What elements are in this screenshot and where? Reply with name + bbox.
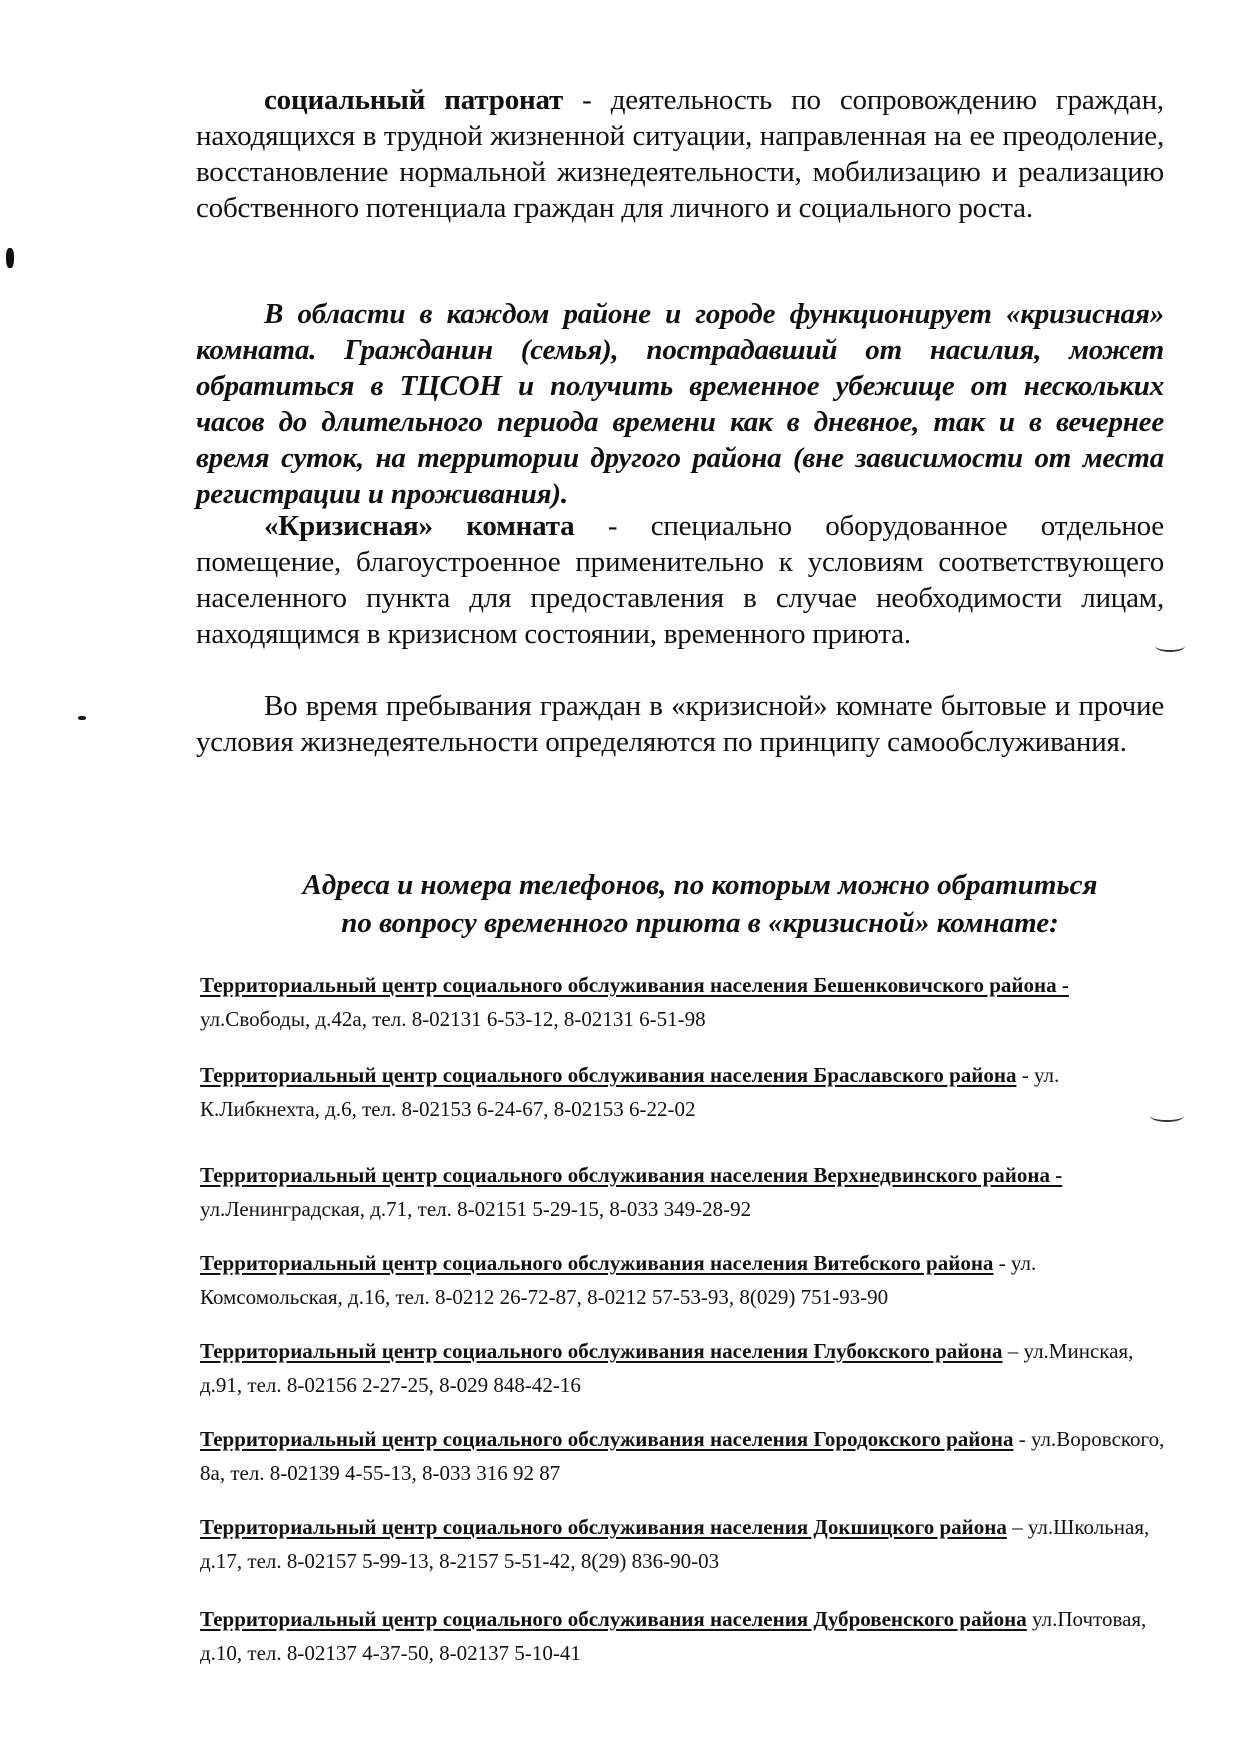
document-page: социальный патронат - деятельность по со…	[0, 0, 1240, 1754]
address-entry: Территориальный центр социального обслуж…	[200, 1246, 1175, 1314]
address-org-name: Территориальный центр социального обслуж…	[200, 1427, 1013, 1451]
stay-conditions-text: Во время пребывания граждан в «кризисной…	[196, 688, 1164, 760]
address-details: ул.Ленинградская, д.71, тел. 8-02151 5-2…	[200, 1197, 751, 1221]
address-entry: Территориальный центр социального обслуж…	[200, 1058, 1175, 1126]
term-crisis-room: «Кризисная» комната	[264, 510, 574, 542]
crisis-room-info-text: В области в каждом районе и городе функц…	[196, 296, 1164, 512]
term-social-patronage: социальный патронат	[264, 84, 563, 116]
paragraph-stay-conditions: Во время пребывания граждан в «кризисной…	[196, 688, 1164, 760]
address-org-name: Территориальный центр социального обслуж…	[200, 1163, 1062, 1187]
scan-artifact-mark	[78, 716, 86, 720]
address-org-name: Территориальный центр социального обслуж…	[200, 1515, 1007, 1539]
address-entry: Территориальный центр социального обслуж…	[200, 1510, 1175, 1578]
addresses-heading-line-2: по вопросу временного приюта в «кризисно…	[250, 904, 1150, 942]
address-entry: Территориальный центр социального обслуж…	[200, 1334, 1175, 1402]
address-org-name: Территориальный центр социального обслуж…	[200, 1063, 1016, 1087]
address-org-name: Территориальный центр социального обслуж…	[200, 1339, 1003, 1363]
address-entry: Территориальный центр социального обслуж…	[200, 1602, 1175, 1670]
address-entry: Территориальный центр социального обслуж…	[200, 968, 1175, 1036]
addresses-heading-line-1: Адреса и номера телефонов, по которым мо…	[250, 866, 1150, 904]
paragraph-social-patronage: социальный патронат - деятельность по со…	[196, 82, 1164, 226]
address-entry: Территориальный центр социального обслуж…	[200, 1158, 1175, 1226]
addresses-heading: Адреса и номера телефонов, по которым мо…	[250, 866, 1150, 942]
scan-artifact-mark	[6, 248, 14, 268]
address-details: ул.Свободы, д.42а, тел. 8-02131 6-53-12,…	[200, 1007, 706, 1031]
address-org-name: Территориальный центр социального обслуж…	[200, 1251, 993, 1275]
paragraph-crisis-room-info: В области в каждом районе и городе функц…	[196, 296, 1164, 512]
paragraph-crisis-room-definition: «Кризисная» комната - специально оборудо…	[196, 508, 1164, 652]
address-entry: Территориальный центр социального обслуж…	[200, 1422, 1175, 1490]
addresses-list: Территориальный центр социального обслуж…	[200, 968, 1175, 1670]
address-org-name: Территориальный центр социального обслуж…	[200, 1607, 1027, 1631]
address-org-name: Территориальный центр социального обслуж…	[200, 973, 1069, 997]
